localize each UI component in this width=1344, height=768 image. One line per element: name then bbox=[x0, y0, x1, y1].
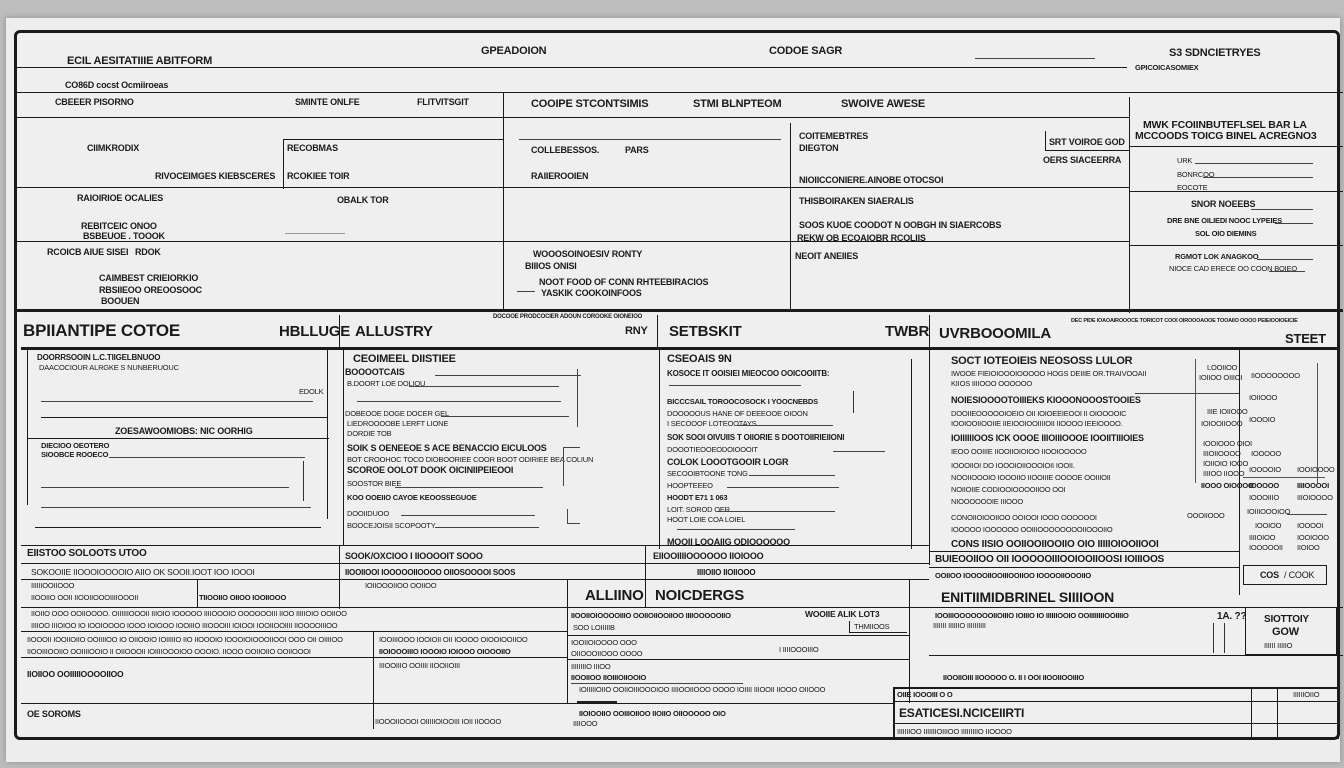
divider bbox=[659, 349, 660, 549]
s3-l3: DOOOOOUS HANE OF DEEEOOE OIOON bbox=[667, 409, 808, 418]
input-line[interactable] bbox=[435, 375, 581, 376]
input-line[interactable] bbox=[409, 386, 559, 387]
total-box: COS / COOK bbox=[1243, 565, 1327, 585]
lower-d-title: ENITIIMIDBRINEL SIIIIOON bbox=[941, 589, 1114, 605]
field-label: YASKIK COOKOINFOOS bbox=[541, 288, 642, 298]
field-label: NOOT FOOD OF CONN RHTEEBIRACIOS bbox=[539, 277, 708, 287]
divider bbox=[1239, 349, 1240, 595]
input-line[interactable] bbox=[717, 511, 835, 512]
section-divider bbox=[21, 347, 1339, 350]
divider bbox=[21, 563, 929, 564]
side-cell: IOOOOO bbox=[1249, 481, 1279, 490]
s2-l4: LIEDROOOOBE LERFT LIONE bbox=[347, 419, 448, 428]
divider bbox=[343, 349, 344, 545]
input-line[interactable] bbox=[1269, 271, 1305, 272]
sig-footer: IIIIIIIOO IIIIIIIOIIIOO IIIIIIIIIO IIOOO… bbox=[897, 727, 1012, 736]
sig-title: ESATICESI.NCICEIIRTI bbox=[899, 706, 1024, 720]
s4-foot3: OOIIOO IOOOOIIOOIIIOOIIOO IOOOOIIOOOIIO bbox=[935, 571, 1091, 580]
field-label: RGMOT LOK ANAGKOO bbox=[1175, 252, 1258, 261]
form-title: ECIL AESITATIIIE ABITFORM bbox=[67, 55, 212, 67]
s2-l7: SOOSTOR BIEE bbox=[347, 479, 401, 488]
measurement-mark-icon bbox=[1213, 623, 1225, 653]
s2-h2: SOIK S OENEEOE S ACE BENACCIO EICULOOS bbox=[347, 443, 547, 453]
divider bbox=[657, 315, 658, 349]
divider bbox=[929, 349, 930, 565]
input-line[interactable] bbox=[41, 507, 311, 508]
s4-l8: NOIIOIIE CODIOOIOOOOIIOO OOI bbox=[951, 485, 1065, 494]
divider bbox=[929, 655, 1343, 656]
lower-c-l6: IIOOIIOO IIOIIIOIIOOIO bbox=[571, 673, 646, 682]
divider bbox=[373, 631, 374, 729]
s3-h2: SOK SOOI OIVUIIS T OIIORIE S DOOTOIIRIEI… bbox=[667, 433, 844, 442]
input-line[interactable] bbox=[517, 291, 535, 292]
field-label: OBALK TOR bbox=[337, 195, 389, 205]
section-title-4: UVRBOOOMILA bbox=[939, 325, 1051, 342]
divider bbox=[17, 92, 1343, 93]
divider bbox=[929, 551, 1239, 552]
lower-a-l4: TIIOOIIO OIIOO IOOIIOOO bbox=[199, 593, 286, 602]
s4-mid: IOOIOOO OIOI bbox=[1203, 439, 1252, 448]
side-cell: IIOIOO bbox=[1297, 543, 1320, 552]
section-tag-4: STEET bbox=[1285, 331, 1326, 346]
lower-a-l6: IIIIOO IIIOIOO IO IOOIOOOO IOOO IOIOOO I… bbox=[31, 621, 337, 630]
divider bbox=[21, 631, 567, 632]
lower-b-title: SOOK/OXCIOO I IIOOOOIT SOOO bbox=[345, 551, 483, 561]
lower-c-l5: IIIIIIIIO IIIOO bbox=[571, 662, 611, 671]
field-label: WOOOSOINOESIV RONTY bbox=[533, 249, 642, 259]
divider bbox=[1251, 687, 1252, 739]
input-line[interactable] bbox=[109, 457, 305, 458]
input-line[interactable] bbox=[669, 385, 801, 386]
lower-c-title: NOICDERGS bbox=[655, 587, 744, 604]
field-label: RAIIEROOIEN bbox=[531, 171, 588, 181]
lower-b-l3: IOOIIIOOO IOOIOII OII IOOOO OIOOIOOIIOO bbox=[379, 635, 527, 644]
measurement-mark-icon bbox=[303, 461, 314, 501]
stamp-line3: IIIIII IIIIIO bbox=[1264, 641, 1292, 650]
s3-l9: LOIT. SOROD OER bbox=[667, 505, 730, 514]
lower-b-l7: IIOOOIIOOOI OIIIIIOIOOIII IOII IIOOOO bbox=[375, 717, 501, 726]
field-label: SOL OIO DIEMINS bbox=[1195, 229, 1256, 238]
side-cell: IOOOIO bbox=[1249, 415, 1275, 424]
s4-l10: CONOIIOIOOIIOO OOIOOI IOOO OOOOOOI bbox=[951, 513, 1097, 522]
lower-c-top2: IIIIOIIO IIOIIOOO bbox=[697, 568, 755, 577]
field-label: CAIMBEST CRIEIORKIO bbox=[99, 273, 198, 283]
section-divider bbox=[17, 309, 1343, 312]
s1-l2: SIOOBCE ROOECO bbox=[41, 450, 108, 459]
field-label: BOOUEN bbox=[101, 296, 139, 306]
form: ECIL AESITATIIIE ABITFORM GPEADOION CODO… bbox=[14, 30, 1340, 740]
header-row3-mid2: FLITVITSGIT bbox=[417, 97, 469, 107]
measurement-mark-icon bbox=[567, 509, 580, 524]
input-line[interactable] bbox=[401, 515, 535, 516]
input-line[interactable] bbox=[1275, 223, 1313, 224]
total-value: / COOK bbox=[1284, 570, 1314, 580]
divider bbox=[21, 545, 929, 546]
side-cell: IOOIOOO bbox=[1297, 533, 1329, 542]
field-label: OERS SIACEERRA bbox=[1043, 155, 1121, 165]
header-row3-c1: COOIPE STCONTSIMIS bbox=[531, 98, 648, 110]
lower-c-r2: THMIIOOS bbox=[854, 622, 889, 631]
field-label: REBITCEIC ONOO bbox=[81, 221, 157, 231]
s1-sub1: DOORRSOOIN L.C.TIIGELBNUOO bbox=[37, 353, 160, 362]
lower-d-l2: IIIIIII IIIIIIO IIIIIIIIII bbox=[933, 621, 986, 630]
input-line[interactable] bbox=[41, 417, 327, 418]
field-label: COLLEBESSOS. bbox=[531, 145, 599, 155]
s4-mid: LOOIIOO bbox=[1207, 363, 1237, 372]
divider bbox=[567, 659, 909, 660]
lower-a-l2: IIIIIIOOIIOOO bbox=[31, 581, 74, 590]
header-row3-mid1: SMINTE ONLFE bbox=[295, 97, 360, 107]
header-col2: GPEADOION bbox=[481, 45, 546, 57]
side-cell: IOOOOIO bbox=[1249, 465, 1281, 474]
section-title-2: ALLUSTRY bbox=[355, 323, 433, 340]
divider bbox=[790, 123, 791, 311]
divider bbox=[1195, 359, 1196, 483]
s4-mid: IIIE IOIIOOO bbox=[1207, 407, 1248, 416]
s2-h3: SCOROE OOLOT DOOK OICINIIPEIEOOI bbox=[347, 465, 513, 475]
divider bbox=[645, 545, 646, 579]
divider bbox=[1129, 97, 1130, 313]
input-line[interactable] bbox=[357, 401, 561, 402]
field-label: SRT VOIROE GOD bbox=[1049, 137, 1125, 147]
lower-b-l5: IIIOOIIIO OOIIII IIOOIIOIII bbox=[379, 661, 460, 670]
field-label: RCOICB AIUE SISEI bbox=[47, 247, 128, 257]
s4-l11: IOOOOO IOOOOOO OOIIIOOOOOOOOIIOOOIIO bbox=[951, 525, 1113, 534]
field-label: RECOBMAS bbox=[287, 143, 338, 153]
section-tag-3: TWBR bbox=[885, 323, 929, 340]
s4-l3: DOOIIEOOOOOIOEIO OII IOIOEEIEOOI II OIOO… bbox=[951, 409, 1126, 418]
s4-mid: IIOOO OIOOOO bbox=[1201, 481, 1254, 490]
input-line[interactable] bbox=[727, 487, 839, 488]
s4-l4: IOOIOOIIOOIIE IIEIOOIOOIIIIOII IIOOOO IE… bbox=[951, 419, 1122, 428]
s2-l8: KOO OOEIIO CAYOE KEOOSSEGUOE bbox=[347, 493, 477, 502]
lower-c-l7: IOIIIIIOIIO OOIIOIIIOOOIOO IIIIOOIIOOO O… bbox=[579, 685, 825, 694]
field-label: URK bbox=[1177, 156, 1192, 165]
side-cell: IOOIOOOO bbox=[1297, 465, 1335, 474]
lower-c-l3: IOOIIOIOOOO OOO bbox=[571, 638, 637, 647]
lower-b-l1: IIOOIIOOI IOOOOOIIOOOO OIIOSOOOOI SOOS bbox=[345, 568, 515, 577]
divider bbox=[21, 703, 567, 704]
lower-b-l2: IOIIOOOIIOO OOIIOO bbox=[365, 581, 436, 590]
lower-a-l7: IIOOOII IOOIIOIIO OOIIIIOO IO OIIOOIO IO… bbox=[27, 635, 343, 644]
s4-mid: IOIOOIIOOO bbox=[1201, 419, 1242, 428]
lower-c-l9: IIIIOOO bbox=[573, 719, 597, 728]
field-label: BIIIOS ONISI bbox=[525, 261, 577, 271]
s2-l3: DOBEOOE DOGE DOCER GEL bbox=[345, 409, 449, 418]
section-tag-2: RNY bbox=[625, 325, 648, 337]
s4-mid: IOIIOO OIIIOI bbox=[1199, 373, 1242, 382]
divider bbox=[27, 349, 28, 505]
s4-foot2: BUIEOOIIOO OII IOOOOOIIIOOIOOIIOOSI IOII… bbox=[935, 554, 1164, 565]
divider bbox=[567, 579, 568, 703]
header-col4-title: S3 SDNCIETRYES bbox=[1169, 47, 1261, 59]
field-label: COITEMEBTRES bbox=[799, 131, 868, 141]
divider bbox=[21, 607, 567, 608]
right-title-2: MCCOODS TOICG BINEL ACREGNO3 bbox=[1135, 130, 1316, 142]
field-label: PARS bbox=[625, 145, 649, 155]
s3-l6: SECOOIBTOONE TONG bbox=[667, 469, 748, 478]
s4-h3: IOIIIIIIOOS ICK OOOE IIIOIIIOOOE IOOIITI… bbox=[951, 433, 1144, 443]
s4-mid: IOIIOIO IOOO bbox=[1203, 459, 1248, 468]
side-cell: IOOOOOII bbox=[1249, 543, 1283, 552]
lower-c-r1: WOOIIE ALIK LOT3 bbox=[805, 609, 879, 619]
divider bbox=[27, 438, 329, 439]
s4-foot1: CONS IISIO OOIIOOIIOOIIO OIO IIIIIOIOOII… bbox=[951, 539, 1159, 550]
lower-d-l1: IOOIIIOOOOOOOIIOIIIO IOIIIO IO IIIIIIOOI… bbox=[935, 611, 1129, 620]
lower-d-mark: 1A. ?? bbox=[1217, 611, 1246, 622]
divider bbox=[911, 359, 912, 549]
lower-a-l9: IIOIIOO OOIIIIIOOOOIIOO bbox=[27, 669, 123, 679]
divider bbox=[197, 579, 198, 607]
section-title-1: BPIIANTIPE COTOE bbox=[23, 321, 180, 341]
divider bbox=[929, 567, 1239, 568]
divider bbox=[645, 579, 646, 607]
field-label: NIOIICCONIERE.AINOBE OTOCSOI bbox=[799, 175, 943, 185]
stamp-line1: SIOTTOIY bbox=[1264, 614, 1309, 625]
header-col3: CODOE SAGR bbox=[769, 45, 842, 57]
lower-c-l1: IIOOIIOIOOOOIIIO OOIIOIIOOIIOO IIIIOOOOO… bbox=[571, 611, 731, 620]
input-line[interactable] bbox=[435, 527, 539, 528]
s1-sub2: DAACOCIOUR ALRGKE S NUNBERUOUC bbox=[39, 363, 179, 372]
input-box[interactable]: THMIIOOS bbox=[849, 621, 907, 633]
divider bbox=[17, 67, 1127, 68]
input-line[interactable] bbox=[833, 451, 885, 452]
s4-l9: NIOOOOOOIE IIIOOO bbox=[951, 497, 1023, 506]
side-cell: IOOOOO bbox=[1251, 449, 1281, 458]
s4-l1: IWOOE FIEIOIOOOIOOOOO HOGS DEIIIE OR.TRA… bbox=[951, 369, 1146, 378]
total-label: COS bbox=[1260, 570, 1279, 580]
field-label: DIEGTON bbox=[799, 143, 838, 153]
s4-l2: KIIOS IIIIOOO OOOOOO bbox=[951, 379, 1032, 388]
s3-l7: HOOPTEEEO bbox=[667, 481, 713, 490]
side-cell: IOIIOOO bbox=[1249, 393, 1277, 402]
field-label: RDOK bbox=[135, 247, 161, 257]
lower-a-title: EIISTOO SOLOOTS UTOO bbox=[27, 548, 147, 559]
side-cell: IOOOIIIO bbox=[1249, 493, 1279, 502]
field-label: SNOR NOEEBS bbox=[1191, 199, 1255, 209]
header-row2: CO86D cocst Ocmiiroeas bbox=[65, 80, 168, 90]
s3-l10: HOOT LOIE COA LOIEL bbox=[667, 515, 745, 524]
input-line[interactable] bbox=[1287, 514, 1327, 515]
sig-header: OIIE IOOOIII O O bbox=[897, 690, 953, 699]
divider bbox=[567, 607, 929, 608]
s2-l6: BOT CROOHOC TOCO DIOBOORIEE COOR BOOT OD… bbox=[347, 455, 593, 464]
input-line[interactable] bbox=[41, 401, 313, 402]
s4-mid: OOOIIOOO bbox=[1187, 511, 1225, 520]
field-label: RAIOIRIOE OCALIES bbox=[77, 193, 163, 203]
lower-b-l4: IIOIOOOIIIO IOOOIO IOIOOO OIOOOIIO bbox=[379, 647, 511, 656]
s2-l1: BOOOOTCAIS bbox=[345, 367, 405, 377]
lower-a-l10: OE SOROMS bbox=[27, 709, 81, 719]
input-line[interactable] bbox=[441, 416, 569, 417]
field-label: RBSIIEOO OREOOSOOC bbox=[99, 285, 202, 295]
input-line[interactable] bbox=[1203, 177, 1313, 178]
s2-l9: DOOIIDUOO bbox=[347, 509, 389, 518]
divider bbox=[1129, 245, 1343, 246]
field-label: DRE BNE OILIEDI NOOC LYPEIES bbox=[1167, 216, 1282, 225]
lower-c-l2: SOO LOIIIIIB bbox=[573, 623, 615, 632]
section-note-2: DOCOOE PRODCOCIER ADOUN COROOKE OIONEIOO bbox=[493, 314, 642, 320]
s3-l1: KOSOCE IT OOISIEI MIEOCOO OOICOOIITB: bbox=[667, 369, 829, 378]
s3-l5: DOOOTIEOOEODOIOOOIT bbox=[667, 445, 758, 454]
input-line[interactable] bbox=[1135, 393, 1239, 394]
input-line[interactable] bbox=[41, 487, 289, 488]
s2-heading: CEOIMEEL DIISTIEE bbox=[353, 353, 456, 365]
divider bbox=[567, 635, 909, 636]
measurement-mark-icon bbox=[577, 369, 592, 427]
side-cell: IOOOOI bbox=[1297, 521, 1323, 530]
side-cell: IIIOIOOOO bbox=[1297, 493, 1333, 502]
side-cell: IOOIOO bbox=[1255, 521, 1281, 530]
field-label: RIVOCEIMGES KIEBSCERES bbox=[155, 171, 275, 181]
lower-b-title2: EIIOOIIIIOOOOOO IIOIOOO bbox=[653, 551, 763, 561]
side-cell: IOIIIOOOIOO bbox=[1247, 507, 1290, 516]
side-cell: IIIIOIOO bbox=[1249, 533, 1275, 542]
field-label: RCOKIEE TOIR bbox=[287, 171, 349, 181]
divider bbox=[17, 117, 1129, 118]
s4-h1: SOCT IOTEOIEIS NEOSOSS LULOR bbox=[951, 355, 1132, 367]
divider bbox=[1277, 687, 1278, 739]
header-blank-line[interactable] bbox=[975, 58, 1095, 59]
input-line[interactable] bbox=[35, 527, 321, 528]
header-col4-sub: GPICOICASOMIEX bbox=[1135, 63, 1198, 72]
s1-side: EDOLK bbox=[299, 387, 323, 396]
divider bbox=[929, 315, 930, 349]
lower-a-l8: IIOOIIIOOIIO OOIIIIOOIO II OIIOOOII IOII… bbox=[27, 647, 311, 656]
divider bbox=[21, 657, 567, 658]
divider bbox=[503, 93, 504, 311]
s1-l1: DIECIOO OEOTERO bbox=[41, 441, 109, 450]
s4-mid: IIIOIIOOOO bbox=[1203, 449, 1241, 458]
sig-right: IIIIIIOIIO bbox=[1293, 690, 1319, 699]
s4-l6: IOOOIIOI DO IOOOIOIIOOOIOII IOOII. bbox=[951, 461, 1075, 470]
divider bbox=[1243, 477, 1325, 478]
divider bbox=[1129, 146, 1343, 147]
measurement-mark-icon bbox=[853, 391, 862, 413]
lower-c-r3: I IIIIOOOIIIO bbox=[779, 645, 819, 654]
measurement-mark-icon bbox=[563, 447, 580, 486]
stamp-box: SIOTTOIY GOW IIIIII IIIIIO bbox=[1245, 607, 1337, 655]
input-line[interactable] bbox=[677, 529, 795, 530]
side-cell: IIIIOOOOI bbox=[1297, 481, 1329, 490]
lower-c-label: ALLIINO bbox=[585, 587, 644, 604]
divider bbox=[893, 701, 1339, 702]
divider bbox=[327, 349, 328, 519]
section-title-3: SETBSKIT bbox=[669, 323, 742, 340]
divider bbox=[339, 315, 340, 349]
lower-a-l3: IIOOIIO OOII IIOOIIOOOIIIIOOOII bbox=[31, 593, 138, 602]
divider bbox=[17, 187, 1129, 188]
input-line[interactable] bbox=[1257, 259, 1313, 260]
divider bbox=[21, 579, 929, 580]
field-label: BSBEUOE . TOOOK bbox=[83, 231, 165, 241]
section-note-4: DEC PIDE IOAOAIROOOCE TORICOT COOI OIROO… bbox=[1071, 318, 1298, 324]
input-line[interactable] bbox=[285, 233, 345, 234]
s3-heading: CSEOAIS 9N bbox=[667, 353, 732, 365]
s4-h2: NOIESIOOOOTOIIIEKS KIOOONOOOSTOOIES bbox=[951, 395, 1141, 405]
lower-a-l1: SOKOOIIE IIOOOIOOOOIO AIIO OK SOOII.IOOT… bbox=[31, 567, 255, 577]
s4-l7: NOOIIOOOIO IOOOIIO IIOOIIIE OOOOE OOIIIO… bbox=[951, 473, 1111, 482]
input-line[interactable] bbox=[1195, 163, 1313, 164]
s2-l5: DORDIE TOB bbox=[347, 429, 391, 438]
divider bbox=[909, 579, 910, 703]
stamp-line2: GOW bbox=[1272, 626, 1299, 638]
s2-l10: BOOCEJOISII SCOPOOTY bbox=[347, 521, 436, 530]
divider bbox=[567, 703, 893, 704]
header-row3-c2: STMI BLNPTEOM bbox=[693, 98, 781, 110]
s3-l8: HOODT E71 1 063 bbox=[667, 493, 727, 502]
divider bbox=[17, 241, 1129, 242]
s1-mid: ZOESAWOOMIOBS: NIC OORHIG bbox=[115, 426, 253, 436]
s3-h3: COLOK LOOOTGOOIR LOGR bbox=[667, 457, 788, 467]
field-label: CIIMKRODIX bbox=[87, 143, 139, 153]
s3-l2: BICCCSAIL TOROOCOSOCK I YOOCNEBDS bbox=[667, 397, 818, 406]
field-label: NEOIT ANEIIES bbox=[795, 251, 858, 261]
divider bbox=[1129, 191, 1343, 192]
input-line[interactable] bbox=[395, 487, 543, 488]
lower-a-l5: IIOIIO OOO OOIIOOOO. OIIIIIIOOOII IIIOIO… bbox=[31, 609, 347, 618]
field-label: THISBOIRAKEN SIAERALIS bbox=[799, 196, 914, 206]
lower-c-l8: IIOIOOIIO OOIIIOIIOO IIOIIO OIIOOOOO OIO bbox=[579, 709, 726, 718]
input-line[interactable] bbox=[749, 475, 835, 476]
input-line[interactable] bbox=[1251, 209, 1313, 210]
s3-l4: I SECOOOF LOTEOOTAYS bbox=[667, 419, 757, 428]
header-row3-c3: SWOIVE AWESE bbox=[841, 98, 925, 110]
field-label: SOOS KUOE COODOT N OOBGH IN SIAERCOBS bbox=[799, 220, 1001, 230]
divider bbox=[893, 723, 1339, 724]
input-line[interactable] bbox=[737, 425, 833, 426]
divider bbox=[339, 545, 340, 609]
side-cell: IIOOOOOOOO bbox=[1251, 371, 1300, 380]
input-line[interactable] bbox=[571, 683, 743, 684]
input-line[interactable] bbox=[519, 139, 781, 140]
lower-c-l4: OIIOOOIIOOO OOOO bbox=[571, 649, 642, 658]
lower-d-foot: IIOOIIOIII IIOOOOO O. II I OOI IIOOIIOOI… bbox=[943, 673, 1084, 682]
s4-l5: IEOO OOIIIE IIOOIIOIOIOO IIOOIOOOOO bbox=[951, 447, 1087, 456]
header-row3-left: CBEEER PISORNO bbox=[55, 97, 134, 107]
